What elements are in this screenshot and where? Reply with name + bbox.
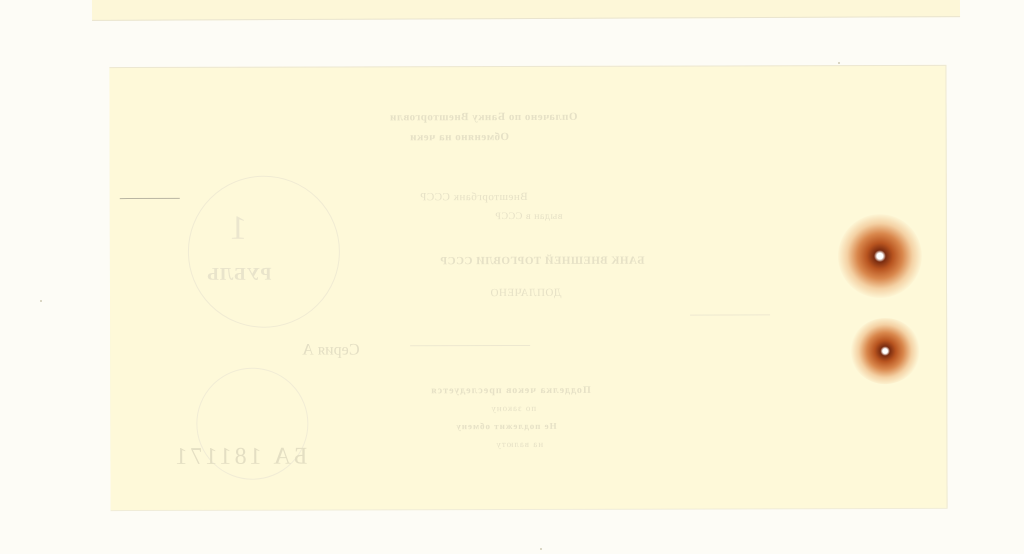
footer-line-4: на валюту — [495, 439, 543, 449]
denomination-unit: РУБЛЬ — [206, 264, 272, 285]
footer-line-2: по закону — [490, 403, 536, 413]
rust-spot-upper — [838, 214, 922, 298]
footer-line-3: Не подлежит обмену — [455, 421, 556, 431]
series-label: Серия А — [302, 341, 360, 359]
header-line-1: Оплачено по Банку Внешторговли — [390, 111, 578, 123]
bank-line-2: выдан в СССР — [495, 211, 563, 222]
check-paper: 1 РУБЛЬ Серия А БА 181171 Оплачено по Ба… — [109, 65, 947, 510]
footer-line-1: Подделка чеков преследуется — [430, 385, 590, 396]
bank-line-3: БАНК ВНЕШНЕЙ ТОРГОВЛИ СССР — [440, 255, 645, 268]
denomination-value: 1 — [230, 210, 247, 248]
adjacent-sheet-edge — [92, 0, 960, 21]
rust-spot-lower — [850, 318, 920, 384]
bank-line-4: ДОПЛАЧЕНО — [490, 287, 561, 299]
seal-ring-upper — [188, 175, 340, 327]
bank-line-1: Внешторгбанк СССР — [420, 191, 528, 203]
faint-rule — [410, 345, 530, 346]
dust-speck — [838, 62, 840, 64]
serial-number: БА 181171 — [172, 444, 307, 471]
ink-mark — [120, 198, 180, 199]
dust-speck — [40, 300, 42, 302]
faint-rule — [690, 314, 770, 315]
dust-speck — [540, 548, 542, 550]
header-line-2: Обменяно на чеки — [410, 131, 509, 143]
